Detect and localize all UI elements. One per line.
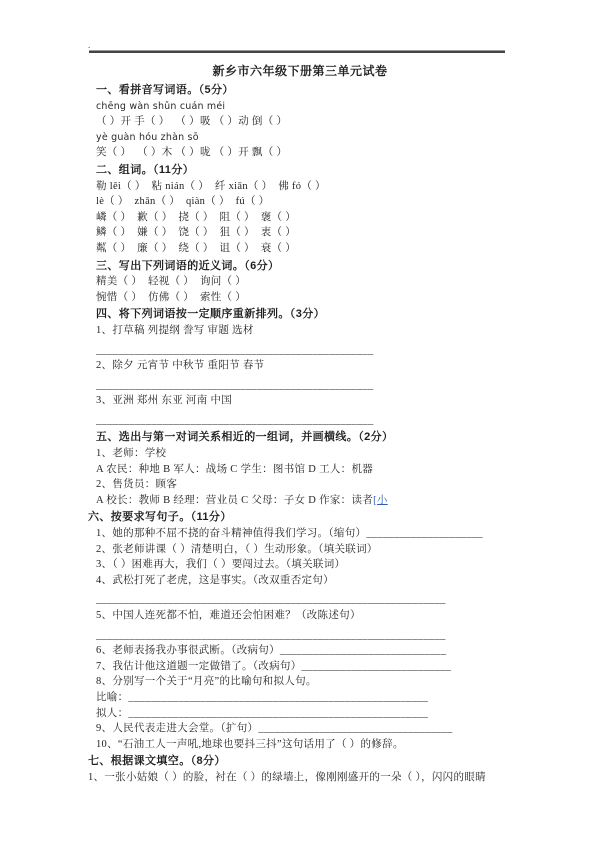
- question-line-text: 7、我估计他这道题一定做错了。（改病句）: [96, 661, 302, 672]
- section-header-1: 一、看拼音写词语。（5分）: [88, 83, 512, 99]
- answer-blank-inline: ___________________________________: [258, 723, 452, 734]
- question-line: 精美（ ） 轻视（ ） 询问（ ）: [88, 274, 512, 290]
- question-line: A 校长：教师 B 经理：营业员 C 父母：子女 D 作家：读者[小: [88, 493, 512, 509]
- answer-blank-line-text: ________________________________________…: [96, 380, 374, 391]
- page-title-text: 新乡市六年级下册第三单元试卷: [212, 64, 387, 78]
- question-line: 6、老师表扬我办事很武断。（改病句）______________________…: [88, 643, 512, 659]
- question-line-text: A 农民：种地 B 军人：战场 C 学生：图书馆 D 工人：机器: [96, 464, 373, 475]
- question-line: 10、“石油工人一声吼,地球也要抖三抖”这句话用了（ ）的修辞。: [88, 737, 512, 753]
- question-line-text: 4、武松打死了老虎，这是事实。（改双重否定句）: [96, 575, 334, 586]
- question-line-text: 3、亚洲 郑州 东亚 河南 中国: [96, 395, 232, 406]
- answer-blank-line: ________________________________________…: [88, 628, 512, 644]
- answer-blank-line-text: ________________________________________…: [96, 594, 446, 605]
- section-header-5-text: 五、选出与第一对词关系相近的一组词，并画横线。（2分）: [96, 431, 393, 443]
- question-line-text: （ ）开 手（ ） （ ）吸 （ ）动 倒（ ）: [96, 116, 287, 127]
- question-line-text: 笑（ ） （ ）木 （ ）咙 （ ）开 飘（ ）: [96, 147, 287, 158]
- question-line: 惋惜（ ） 仿佛（ ） 索性（ ）: [88, 290, 512, 306]
- pinyin-line-text: chēng wàn shǔn cuán méi: [96, 101, 225, 112]
- answer-blank-line: ________________________________________…: [88, 378, 512, 394]
- reader-link[interactable]: [小: [373, 495, 388, 506]
- question-line: 5、中国人连死都不怕，难道还会怕困难？（改陈述句）: [88, 608, 512, 624]
- section-header-5: 五、选出与第一对词关系相近的一组词，并画横线。（2分）: [88, 430, 512, 446]
- question-line: 1、老师：学校: [88, 446, 512, 462]
- question-line: 2、售货员：顾客: [88, 477, 512, 493]
- question-line: 粼（ ） 廉（ ） 绕（ ） 诅（ ） 衰（ ）: [88, 241, 512, 257]
- answer-blank-inline: ___________________________: [302, 661, 452, 672]
- question-line: 1、打草稿 列提纲 誊写 审题 选材: [88, 323, 512, 339]
- question-line-text: 2、售货员：顾客: [96, 479, 177, 490]
- question-line-text: 1、她的那种不屈不挠的奋斗精神值得我们学习。（缩句）: [96, 528, 366, 539]
- page-title: 新乡市六年级下册第三单元试卷: [88, 62, 512, 80]
- answer-blank-line-text: ________________________________________…: [96, 345, 374, 356]
- question-line: 1、一张小姑娘（ ）的脸，衬在（ ）的绿墙上，像刚刚盛开的一朵（ ），闪闪的眼睛: [88, 770, 512, 786]
- answer-blank-line-text: ________________________________________…: [96, 630, 446, 641]
- answer-blank-inline: ________________________________________…: [128, 692, 428, 703]
- answer-blank-line: ________________________________________…: [88, 413, 512, 429]
- section-header-7-text: 七、根据课文填空。（8分）: [88, 755, 226, 767]
- question-line-text: 3、（ ）困难再大，我们（ ）要闯过去。（填关联词）: [96, 559, 345, 570]
- question-line: 3、亚洲 郑州 东亚 河南 中国: [88, 393, 512, 409]
- section-header-1-text: 一、看拼音写词语。（5分）: [96, 84, 234, 96]
- section-header-6-text: 六、按要求写句子。（11分）: [88, 511, 232, 523]
- section-header-6: 六、按要求写句子。（11分）: [88, 510, 512, 526]
- question-line-text: 6、老师表扬我办事很武断。（改病句）: [96, 645, 280, 656]
- answer-blank-inline: ________________________________________…: [128, 708, 428, 719]
- question-line-text: 10、“石油工人一声吼,地球也要抖三抖”这句话用了（ ）的修辞。: [96, 739, 404, 750]
- question-line-text: 1、一张小姑娘（ ）的脸，衬在（ ）的绿墙上，像刚刚盛开的一朵（ ），闪闪的眼睛: [88, 772, 486, 783]
- answer-blank-line: ________________________________________…: [88, 592, 512, 608]
- question-line-text: 鳞（ ） 嫌（ ） 饶（ ） 狙（ ） 衷（ ）: [96, 227, 296, 238]
- question-line-text: 9、人民代表走进大会堂。（扩句）: [96, 723, 258, 734]
- question-line: （ ）开 手（ ） （ ）吸 （ ）动 倒（ ）: [88, 114, 512, 130]
- answer-blank-line: ________________________________________…: [88, 343, 512, 359]
- question-line: 勒 lēi（ ） 粘 nián（ ） 纤 xiān（ ） 佛 fó（ ）: [88, 179, 512, 195]
- pinyin-line: chēng wàn shǔn cuán méi: [88, 99, 512, 115]
- question-line-text: 比喻：: [96, 692, 128, 703]
- stray-dot-top: .: [88, 40, 90, 50]
- section-header-3-text: 三、写出下列词语的近义词。（6分）: [96, 260, 279, 272]
- section-header-2-text: 二、组词。（11分）: [96, 164, 194, 176]
- question-line: 2、张老师讲课（ ）清楚明白，（ ）生动形象。（填关联词）: [88, 542, 512, 558]
- answer-blank-inline: _____________________: [366, 528, 483, 539]
- stray-dot-bottom: .: [294, 770, 296, 780]
- pinyin-line-text: yè guàn hóu zhàn sō: [96, 132, 199, 143]
- question-line-text: 2、除夕 元宵节 中秋节 重阳节 春节: [96, 360, 264, 371]
- question-line-text: 2、张老师讲课（ ）清楚明白，（ ）生动形象。（填关联词）: [96, 544, 378, 555]
- section-header-2: 二、组词。（11分）: [88, 163, 512, 179]
- exam-paper-page: . 新乡市六年级下册第三单元试卷一、看拼音写词语。（5分）chēng wàn s…: [0, 0, 596, 842]
- question-line: 2、除夕 元宵节 中秋节 重阳节 春节: [88, 358, 512, 374]
- question-line: A 农民：种地 B 军人：战场 C 学生：图书馆 D 工人：机器: [88, 462, 512, 478]
- question-line: 比喻：_____________________________________…: [88, 690, 512, 706]
- header-rule: [89, 50, 505, 53]
- document-body: 新乡市六年级下册第三单元试卷一、看拼音写词语。（5分）chēng wàn shǔ…: [88, 62, 512, 786]
- question-line-text: 勒 lēi（ ） 粘 nián（ ） 纤 xiān（ ） 佛 fó（ ）: [96, 181, 326, 192]
- question-line-text: 嶙（ ） 歉（ ） 挠（ ） 阻（ ） 褒（ ）: [96, 212, 296, 223]
- question-line-text: lè（ ） zhān（ ） qiàn（ ） fú（ ）: [96, 196, 269, 207]
- question-line-text: 粼（ ） 廉（ ） 绕（ ） 诅（ ） 衰（ ）: [96, 243, 296, 254]
- answer-blank-line-text: ________________________________________…: [96, 415, 374, 426]
- section-header-3: 三、写出下列词语的近义词。（6分）: [88, 259, 512, 275]
- question-line: 笑（ ） （ ）木 （ ）咙 （ ）开 飘（ ）: [88, 145, 512, 161]
- question-line-text: 拟人：: [96, 708, 128, 719]
- question-line: lè（ ） zhān（ ） qiàn（ ） fú（ ）: [88, 194, 512, 210]
- question-line: 7、我估计他这道题一定做错了。（改病句）____________________…: [88, 659, 512, 675]
- question-line: 9、人民代表走进大会堂。（扩句）________________________…: [88, 721, 512, 737]
- question-line: 拟人：_____________________________________…: [88, 706, 512, 722]
- question-line-text: 8、分别写一个关于“月亮”的比喻句和拟人句。: [96, 676, 317, 687]
- section-header-7: 七、根据课文填空。（8分）: [88, 754, 512, 770]
- question-line: 4、武松打死了老虎，这是事实。（改双重否定句）: [88, 573, 512, 589]
- question-line: 1、她的那种不屈不挠的奋斗精神值得我们学习。（缩句）______________…: [88, 526, 512, 542]
- question-line-text: A 校长：教师 B 经理：营业员 C 父母：子女 D 作家：读者: [96, 495, 373, 506]
- question-line: 3、（ ）困难再大，我们（ ）要闯过去。（填关联词）: [88, 557, 512, 573]
- question-line: 鳞（ ） 嫌（ ） 饶（ ） 狙（ ） 衷（ ）: [88, 225, 512, 241]
- pinyin-line: yè guàn hóu zhàn sō: [88, 130, 512, 146]
- question-line-text: 1、打草稿 列提纲 誊写 审题 选材: [96, 325, 254, 336]
- question-line-text: 5、中国人连死都不怕，难道还会怕困难？（改陈述句）: [96, 610, 361, 621]
- answer-blank-inline: ______________________________: [280, 645, 447, 656]
- question-line-text: 惋惜（ ） 仿佛（ ） 索性（ ）: [96, 292, 246, 303]
- section-header-4-text: 四、将下列词语按一定顺序重新排列。（3分）: [96, 308, 325, 320]
- question-line: 8、分别写一个关于“月亮”的比喻句和拟人句。: [88, 674, 512, 690]
- question-line-text: 精美（ ） 轻视（ ） 询问（ ）: [96, 276, 246, 287]
- section-header-4: 四、将下列词语按一定顺序重新排列。（3分）: [88, 307, 512, 323]
- question-line-text: 1、老师：学校: [96, 448, 166, 459]
- question-line: 嶙（ ） 歉（ ） 挠（ ） 阻（ ） 褒（ ）: [88, 210, 512, 226]
